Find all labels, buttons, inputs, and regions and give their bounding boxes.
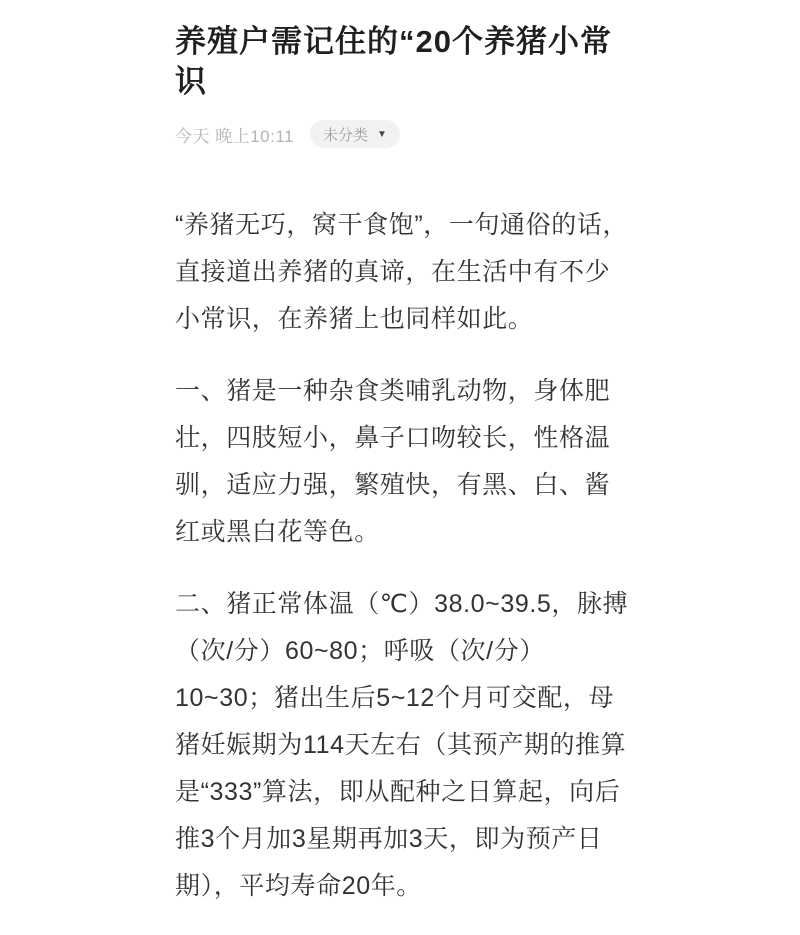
chevron-down-icon: ▼	[377, 130, 387, 140]
note-article: 养殖户需记住的“20个养猪小常识 今天 晚上10:11 未分类 ▼ “养猪无巧，…	[175, 22, 635, 827]
paragraph: 一、猪是一种杂食类哺乳动物，身体肥壮，四肢短小，鼻子口吻较长，性格温驯，适应力强…	[175, 368, 635, 556]
paragraph: “养猪无巧，窝干食饱”，一句通俗的话，直接道出养猪的真谛，在生活中有不少小常识，…	[175, 202, 635, 343]
note-datetime: 今天 晚上10:11	[175, 122, 294, 147]
note-meta: 今天 晚上10:11 未分类 ▼	[175, 120, 635, 148]
note-body: “养猪无巧，窝干食饱”，一句通俗的话，直接道出养猪的真谛，在生活中有不少小常识，…	[175, 202, 635, 827]
paragraph: 二、猪正常体温（℃）38.0~39.5，脉搏（次/分）60~80；呼吸（次/分）…	[175, 581, 635, 827]
category-label: 未分类	[323, 124, 368, 145]
note-title: 养殖户需记住的“20个养猪小常识	[175, 22, 635, 102]
category-dropdown[interactable]: 未分类 ▼	[310, 120, 400, 148]
